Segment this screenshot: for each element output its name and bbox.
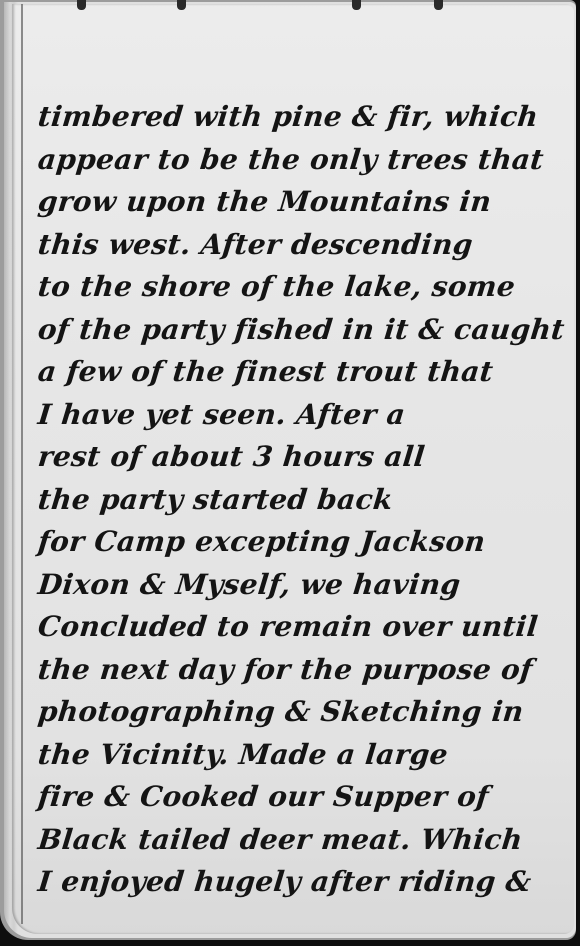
text-line: a few of the finest trout that xyxy=(36,351,570,394)
handwritten-text: timbered with pine & fir, which appear t… xyxy=(38,96,568,904)
binding-ring-icon xyxy=(352,0,361,10)
text-line: I enjoyed hugely after riding & xyxy=(36,861,570,904)
text-line: grow upon the Mountains in xyxy=(36,181,570,224)
binding-ring-icon xyxy=(434,0,443,10)
text-line: of the party fished in it & caught xyxy=(36,309,570,352)
text-line: the party started back xyxy=(36,479,570,522)
text-line: appear to be the only trees that xyxy=(36,139,570,182)
binding-ring-icon xyxy=(177,0,186,10)
text-line: rest of about 3 hours all xyxy=(36,436,570,479)
text-line: Dixon & Myself, we having xyxy=(36,564,570,607)
binding-ring-icon xyxy=(77,0,86,10)
text-line: timbered with pine & fir, which xyxy=(36,96,570,139)
text-line: this west. After descending xyxy=(36,224,570,267)
text-line: fire & Cooked our Supper of xyxy=(36,776,570,819)
text-line: the Vicinity. Made a large xyxy=(36,734,570,777)
text-line: to the shore of the lake, some xyxy=(36,266,570,309)
text-line: Black tailed deer meat. Which xyxy=(36,819,570,862)
text-line: the next day for the purpose of xyxy=(36,649,570,692)
text-line: I have yet seen. After a xyxy=(36,394,570,437)
binding-edge xyxy=(21,4,23,924)
text-line: for Camp excepting Jackson xyxy=(36,521,570,564)
text-line: photographing & Sketching in xyxy=(36,691,570,734)
text-line: Concluded to remain over until xyxy=(36,606,570,649)
